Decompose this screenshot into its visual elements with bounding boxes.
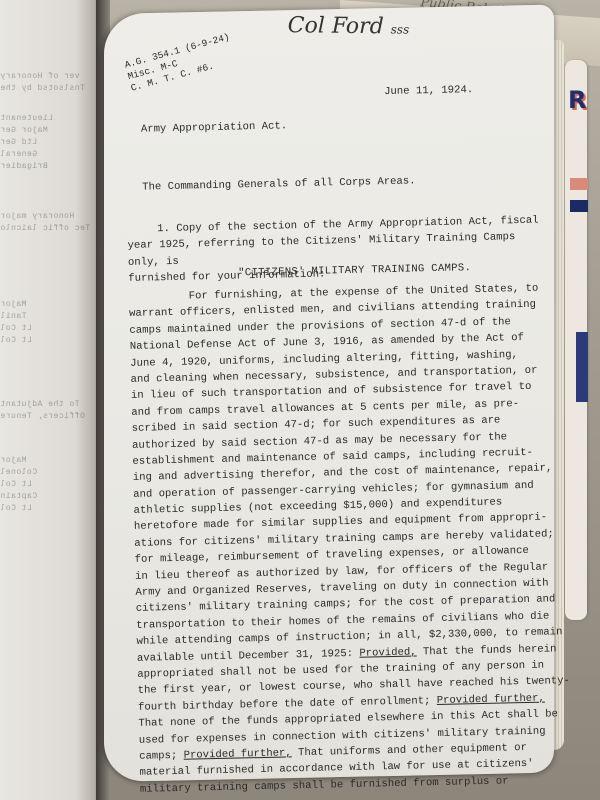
bleed-through-text: Ltd Ger xyxy=(0,138,37,147)
line-text: camps; xyxy=(139,750,184,763)
handwritten-signature: Col Ford sss xyxy=(288,18,410,38)
bleed-through-text: Lt Col xyxy=(0,480,32,489)
bleed-through-text: Major xyxy=(0,456,27,465)
bleed-through-text: Officers, Tenure xyxy=(0,412,85,421)
bleed-through-text: Tec offic laicnlo xyxy=(0,224,90,233)
bleed-through-text: Major Ger xyxy=(0,126,48,135)
bleed-through-text: ver of Honorary xyxy=(0,72,80,81)
act-body-text: For furnishing, at the expense of the Un… xyxy=(129,280,570,798)
reference-block: A.G. 354.1 (6-9-24) Misc. M-C C. M. T. C… xyxy=(123,31,237,94)
bleed-through-text: To the Adjutant xyxy=(0,400,80,409)
bleed-through-text: Lt Col xyxy=(0,504,32,513)
letter-subject: Army Appropriation Act. xyxy=(141,118,288,138)
bleed-through-text: Honorary major xyxy=(0,212,74,221)
tab-blue-stripe xyxy=(570,200,588,212)
underlined-proviso: Provided, xyxy=(359,646,416,659)
bleed-through-text: Lt Col xyxy=(0,336,32,345)
typed-letter: Col Ford sss A.G. 354.1 (6-9-24) Misc. M… xyxy=(122,0,570,780)
line-text: That the funds herein xyxy=(416,643,556,658)
bleed-through-text: Lt Col xyxy=(0,324,32,333)
letter-addressee: The Commanding Generals of all Corps Are… xyxy=(142,173,416,196)
bleed-through-text: Brigadier xyxy=(0,162,48,171)
tab-blue-band xyxy=(576,332,588,402)
bleed-through-text: Captain xyxy=(0,492,37,501)
left-page: ver of HonoraryTnslsotsd by theLieutenan… xyxy=(0,0,100,800)
letter-date: June 11, 1924. xyxy=(384,82,473,100)
bleed-through-text: Colonel xyxy=(0,468,37,477)
bleed-through-text: Lieutenant xyxy=(0,114,53,123)
index-tab-letter: R xyxy=(568,86,586,114)
tab-red-stripe xyxy=(570,178,588,190)
bleed-through-text: Tnslsotsd by the xyxy=(0,84,85,93)
underlined-proviso: Provided further, xyxy=(184,747,292,761)
bleed-through-text: Major xyxy=(0,300,27,309)
bleed-through-text: General xyxy=(0,150,37,159)
underlined-proviso: Provided further, xyxy=(437,692,545,706)
bleed-through-text: Tanil xyxy=(0,312,27,321)
